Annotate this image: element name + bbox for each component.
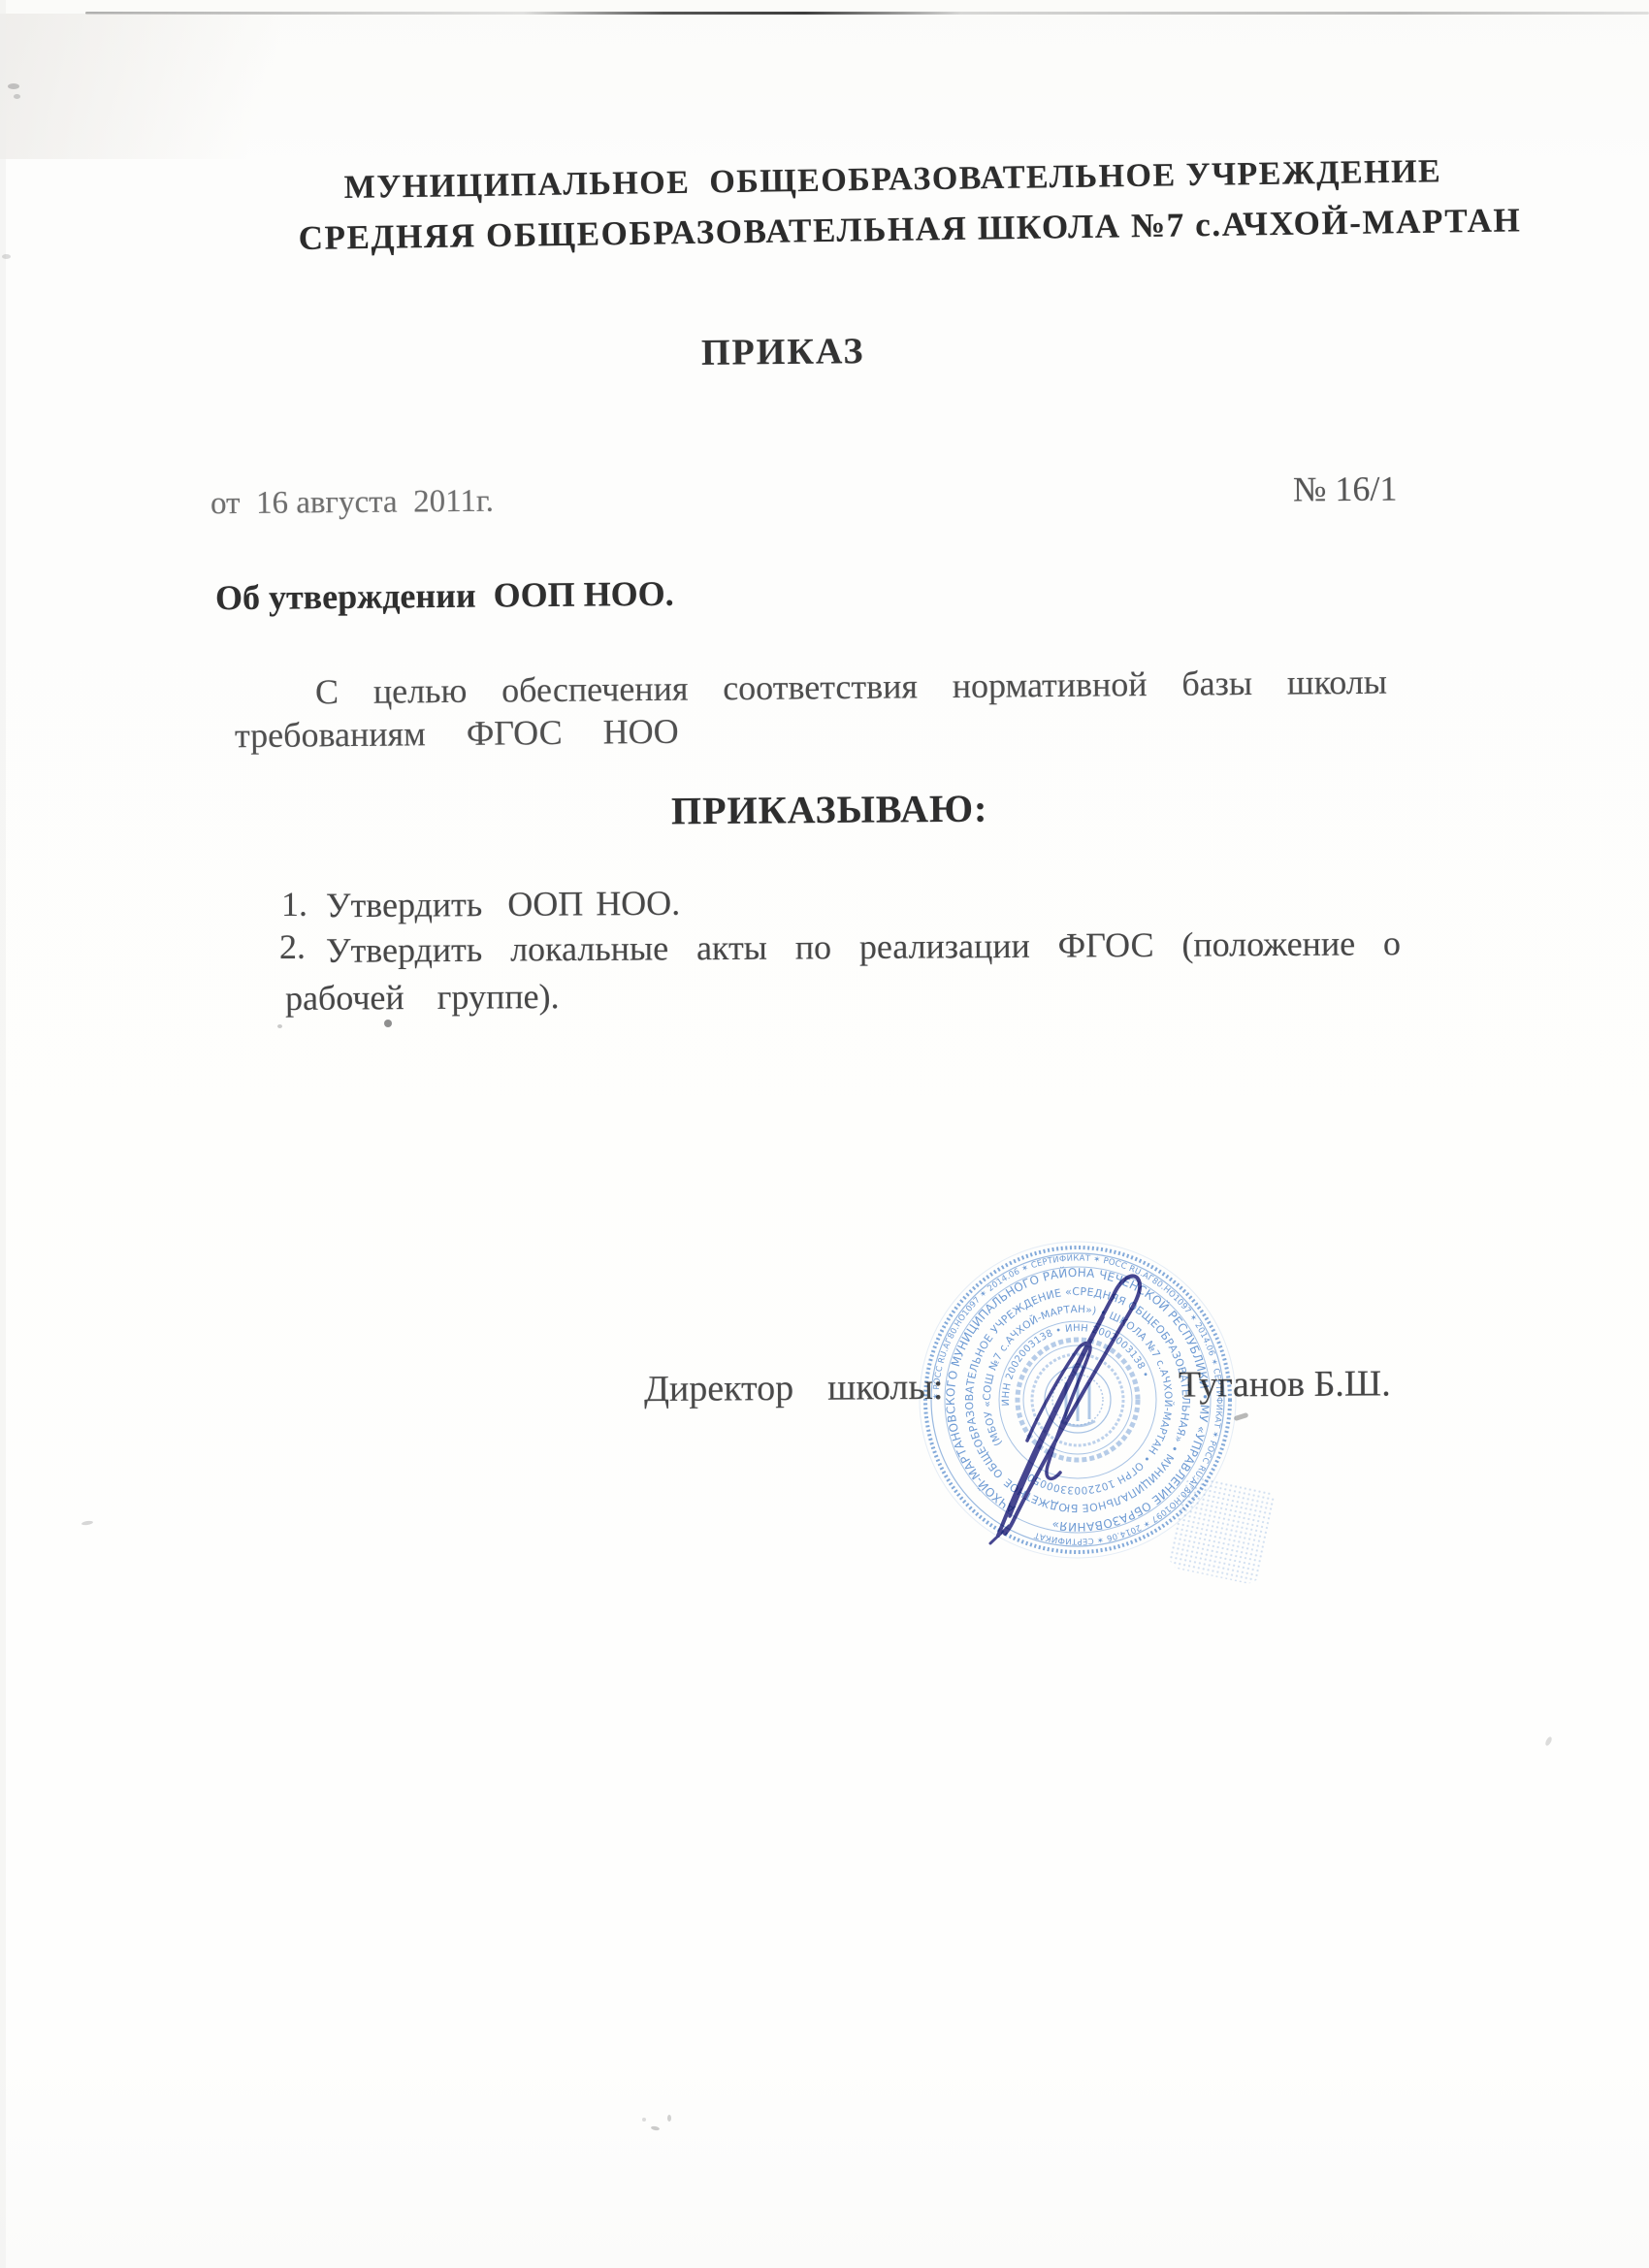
list-item-2-number: 2. <box>279 927 306 967</box>
signature-strokes <box>990 1276 1140 1543</box>
director-signature <box>913 1225 1243 1565</box>
list-item-2-text-line1: Утвердить локальные акты по реализации Ф… <box>326 923 1401 971</box>
body-paragraph-line2: требованиям ФГОС НОО <box>235 712 679 757</box>
list-item-2-text-line2: рабочей группе). <box>285 977 560 1019</box>
scan-corner-shade <box>0 14 359 159</box>
list-item-1-text: Утвердить ООП НОО. <box>326 884 681 926</box>
decree-word: ПРИКАЗЫВАЮ: <box>671 787 988 834</box>
scan-speck <box>651 2125 661 2131</box>
doc-type-title: ПРИКАЗ <box>701 331 865 374</box>
signer-role-label: Директор школы: <box>644 1367 944 1411</box>
scan-speck <box>277 1024 282 1028</box>
org-name-line2: СРЕДНЯЯ ОБЩЕОБРАЗОВАТЕЛЬНАЯ ШКОЛА №7 с.А… <box>298 201 1521 258</box>
scanned-page: МУНИЦИПАЛЬНОЕ ОБЩЕОБРАЗОВАТЕЛЬНОЕ УЧРЕЖД… <box>0 0 1649 2268</box>
scan-speck <box>667 2115 671 2122</box>
scan-speck <box>14 94 20 99</box>
doc-date: от 16 августа 2011г. <box>210 484 494 523</box>
scan-speck <box>642 2118 646 2122</box>
scan-left-strip <box>0 0 6 2268</box>
list-item-1-number: 1. <box>281 885 307 924</box>
doc-subject: Об утверждении ООП НОО. <box>215 574 674 619</box>
body-paragraph-line1: С целью обеспечения соответствия нормати… <box>315 663 1387 713</box>
scan-speck <box>1544 1735 1553 1746</box>
scan-speck <box>384 1020 392 1027</box>
doc-number: № 16/1 <box>1293 470 1398 510</box>
scan-speck <box>81 1520 93 1526</box>
scan-speck <box>8 83 19 89</box>
org-name-line1: МУНИЦИПАЛЬНОЕ ОБЩЕОБРАЗОВАТЕЛЬНОЕ УЧРЕЖД… <box>343 152 1441 207</box>
scan-speck <box>2 254 11 259</box>
